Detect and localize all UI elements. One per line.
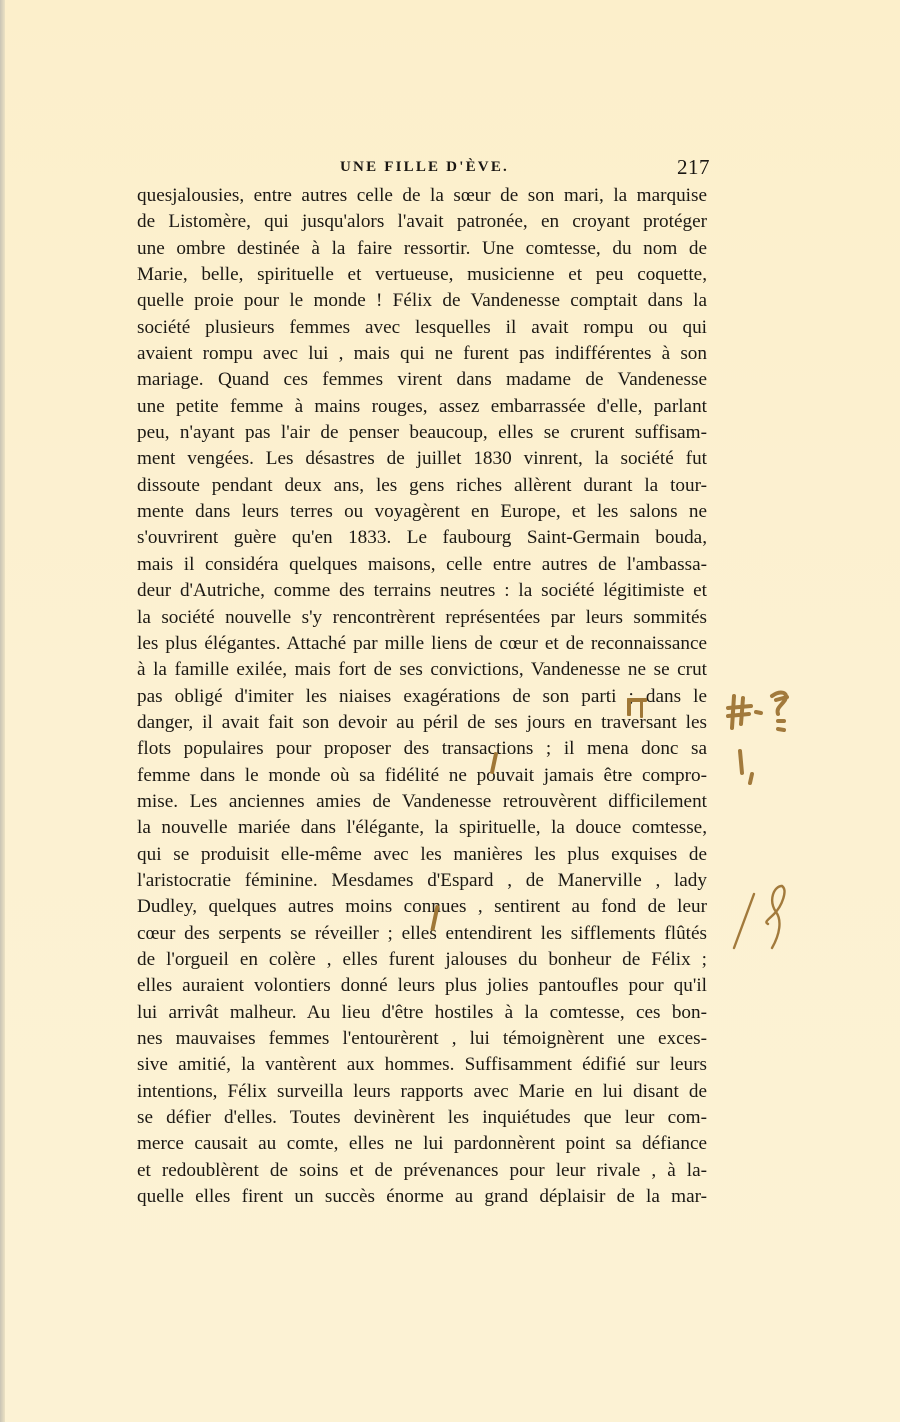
running-head: UNE FILLE D'ÈVE. 217 — [137, 158, 710, 180]
text-line: se défier d'elles. Toutes devinèrent les… — [137, 1105, 707, 1131]
text-line: mais il considéra quelques maisons, cell… — [137, 552, 707, 578]
text-line: femme dans le monde où sa fidélité ne po… — [137, 763, 707, 789]
text-line: une petite femme à mains rouges, assez e… — [137, 394, 707, 420]
text-line: pas obligé d'imiter les niaises exagérat… — [137, 684, 707, 710]
text-line: de l'orgueil en colère , elles furent ja… — [137, 947, 707, 973]
text-line: mariage. Quand ces femmes virent dans ma… — [137, 367, 707, 393]
text-line: la nouvelle mariée dans l'élégante, la s… — [137, 815, 707, 841]
text-line: danger, il avait fait son devoir au péri… — [137, 710, 707, 736]
text-line: à la famille exilée, mais fort de ses co… — [137, 657, 707, 683]
text-line: mise. Les anciennes amies de Vandenesse … — [137, 789, 707, 815]
text-line: société plusieurs femmes avec lesquelles… — [137, 315, 707, 341]
text-line: intentions, Félix surveilla leurs rappor… — [137, 1079, 707, 1105]
page-edge — [0, 0, 5, 1422]
insertion-mark-bracket — [640, 698, 643, 718]
text-line: lui arrivât malheur. Au lieu d'être host… — [137, 1000, 707, 1026]
text-line: flots populaires pour proposer des trans… — [137, 736, 707, 762]
text-line: nes mauvaises femmes l'entourèrent , lui… — [137, 1026, 707, 1052]
text-line: s'ouvrirent guère qu'en 1833. Le faubour… — [137, 525, 707, 551]
text-line: elles auraient volontiers donné leurs pl… — [137, 973, 707, 999]
text-line: l'aristocratie féminine. Mesdames d'Espa… — [137, 868, 707, 894]
page-number: 217 — [677, 155, 710, 180]
text-line: quelle elles firent un succès énorme au … — [137, 1184, 707, 1210]
text-line: cœur des serpents se réveiller ; elles e… — [137, 921, 707, 947]
text-line: quesjalousies, entre autres celle de la … — [137, 183, 707, 209]
book-page: UNE FILLE D'ÈVE. 217 quesjalousies, entr… — [0, 0, 900, 1422]
text-line: Dudley, quelques autres moins connues , … — [137, 894, 707, 920]
text-line: les plus élégantes. Attaché par mille li… — [137, 631, 707, 657]
text-line: mente dans leurs terres ou voyagèrent en… — [137, 499, 707, 525]
text-line: ment vengées. Les désastres de juillet 1… — [137, 446, 707, 472]
margin-note-comma-mark — [733, 745, 763, 790]
text-line: la société nouvelle s'y rencontrèrent re… — [137, 605, 707, 631]
text-line: peu, n'ayant pas l'air de penser beaucou… — [137, 420, 707, 446]
text-line: et redoublèrent de soins et de prévenanc… — [137, 1158, 707, 1184]
text-line: avaient rompu avec lui , mais qui ne fur… — [137, 341, 707, 367]
text-line: sive amitié, la vantèrent aux hommes. Su… — [137, 1052, 707, 1078]
margin-note-pound-question — [725, 688, 795, 748]
text-line: dissoute pendant deux ans, les gens rich… — [137, 473, 707, 499]
running-title: UNE FILLE D'ÈVE. — [340, 159, 509, 176]
text-line: Marie, belle, spirituelle et vertueuse, … — [137, 262, 707, 288]
text-line: merce causait au comte, elles ne lui par… — [137, 1131, 707, 1157]
text-line: de Listomère, qui jusqu'alors l'avait pa… — [137, 209, 707, 235]
text-line: quelle proie pour le monde ! Félix de Va… — [137, 288, 707, 314]
text-line: une ombre destinée à la faire ressortir.… — [137, 236, 707, 262]
text-line: qui se produisit elle-même avec les mani… — [137, 842, 707, 868]
insertion-mark-bracket — [627, 698, 631, 716]
text-line: deur d'Autriche, comme des terrains neut… — [137, 578, 707, 604]
margin-note-slash-eight — [728, 878, 798, 958]
body-text: quesjalousies, entre autres celle de la … — [137, 183, 707, 1210]
